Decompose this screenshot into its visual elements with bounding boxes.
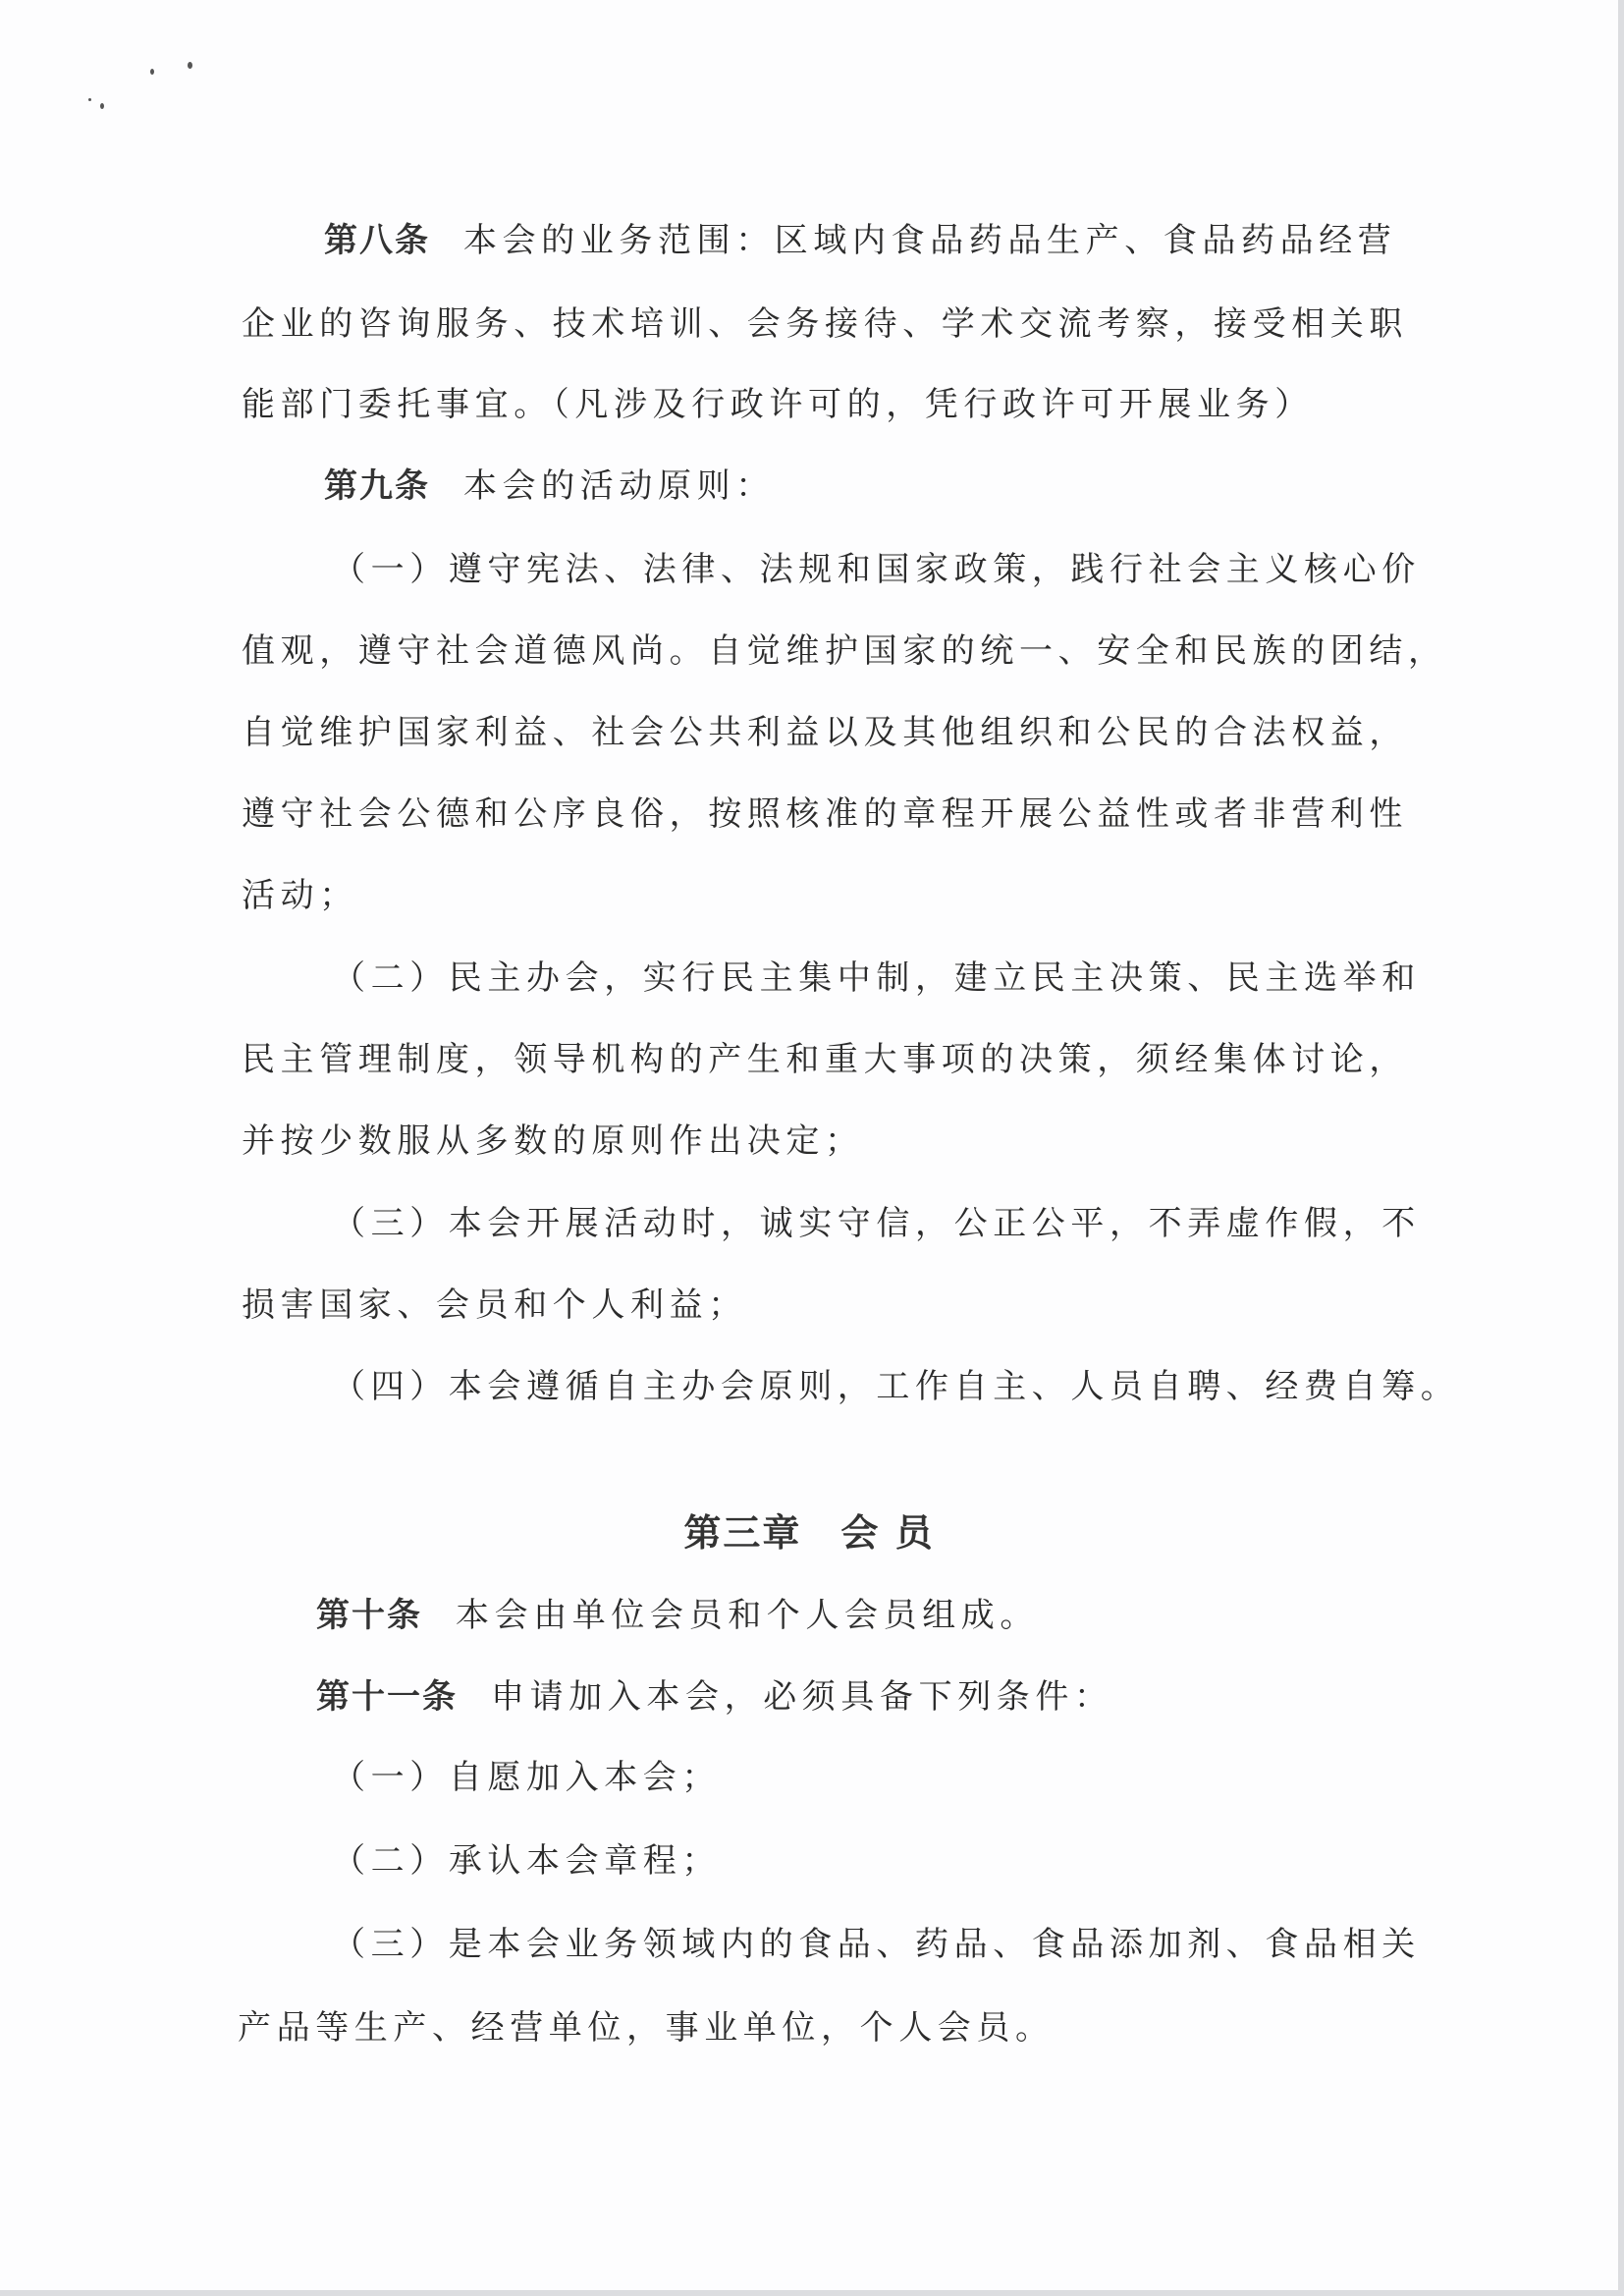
- article-text: 本会由单位会员和个人会员组成。: [456, 1596, 1039, 1635]
- article-9-item-1-line-1: （一）遵守宪法、法律、法规和国家政策，践行社会主义核心价: [332, 550, 1421, 589]
- article-8-line-2: 企业的咨询服务、技术培训、会务接待、学术交流考察，接受相关职: [242, 304, 1408, 344]
- article-10-label: 第十条: [316, 1596, 422, 1635]
- scan-speck: [100, 103, 104, 109]
- article-9-item-1-line-2: 值观，遵守社会道德风尚。自觉维护国家的统一、安全和民族的团结，: [242, 631, 1447, 671]
- article-text: 本会的活动原则：: [463, 466, 775, 506]
- article-9-item-3-line-2: 损害国家、会员和个人利益；: [242, 1285, 747, 1325]
- article-9-item-1-line-3: 自觉维护国家利益、社会公共利益以及其他组织和公民的合法权益，: [242, 713, 1408, 752]
- article-11-line-1: 第十一条申请加入本会，必须具备下列条件：: [316, 1677, 1113, 1717]
- chapter-heading: 第三章会 员: [0, 1511, 1618, 1555]
- article-9-item-3-line-1: （三）本会开展活动时，诚实守信，公正公平，不弄虚作假，不: [332, 1204, 1421, 1243]
- scanned-page: 第八条本会的业务范围：区域内食品药品生产、食品药品经营 企业的咨询服务、技术培训…: [0, 0, 1618, 2290]
- article-9-item-2-line-2: 民主管理制度，领导机构的产生和重大事项的决策，须经集体讨论，: [242, 1040, 1408, 1079]
- article-9-item-2-line-1: （二）民主办会，实行民主集中制，建立民主决策、民主选举和: [332, 958, 1421, 998]
- article-9-item-1-line-5: 活动；: [242, 876, 358, 915]
- chapter-title: 会 员: [840, 1511, 934, 1555]
- article-11-label: 第十一条: [316, 1677, 458, 1717]
- article-11-item-1: （一）自愿加入本会；: [332, 1758, 721, 1797]
- article-11-item-3-line-1: （三）是本会业务领域内的食品、药品、食品添加剂、食品相关: [332, 1925, 1421, 1964]
- article-9-line-1: 第九条本会的活动原则：: [324, 466, 775, 506]
- chapter-number: 第三章: [683, 1511, 801, 1555]
- article-9-label: 第九条: [324, 466, 430, 506]
- scan-speck: [88, 98, 91, 101]
- article-9-item-1-line-4: 遵守社会公德和公序良俗，按照核准的章程开展公益性或者非营利性: [242, 794, 1408, 834]
- article-text: 申请加入本会，必须具备下列条件：: [491, 1677, 1113, 1717]
- article-11-item-3-line-2: 产品等生产、经营单位，事业单位，个人会员。: [238, 2008, 1055, 2048]
- article-11-item-2: （二）承认本会章程；: [332, 1841, 721, 1881]
- article-text: 本会的业务范围：区域内食品药品生产、食品药品经营: [463, 221, 1396, 260]
- scan-speck: [188, 62, 192, 69]
- article-8-label: 第八条: [324, 221, 430, 260]
- article-9-item-2-line-3: 并按少数服从多数的原则作出决定；: [242, 1121, 864, 1161]
- article-9-item-4-line-1: （四）本会遵循自主办会原则，工作自主、人员自聘、经费自筹。: [332, 1367, 1459, 1406]
- article-8-line-3: 能部门委托事宜。（凡涉及行政许可的，凭行政许可开展业务）: [242, 385, 1314, 424]
- article-8-line-1: 第八条本会的业务范围：区域内食品药品生产、食品药品经营: [324, 221, 1396, 260]
- article-10-line-1: 第十条本会由单位会员和个人会员组成。: [316, 1596, 1039, 1635]
- scan-speck: [150, 69, 154, 75]
